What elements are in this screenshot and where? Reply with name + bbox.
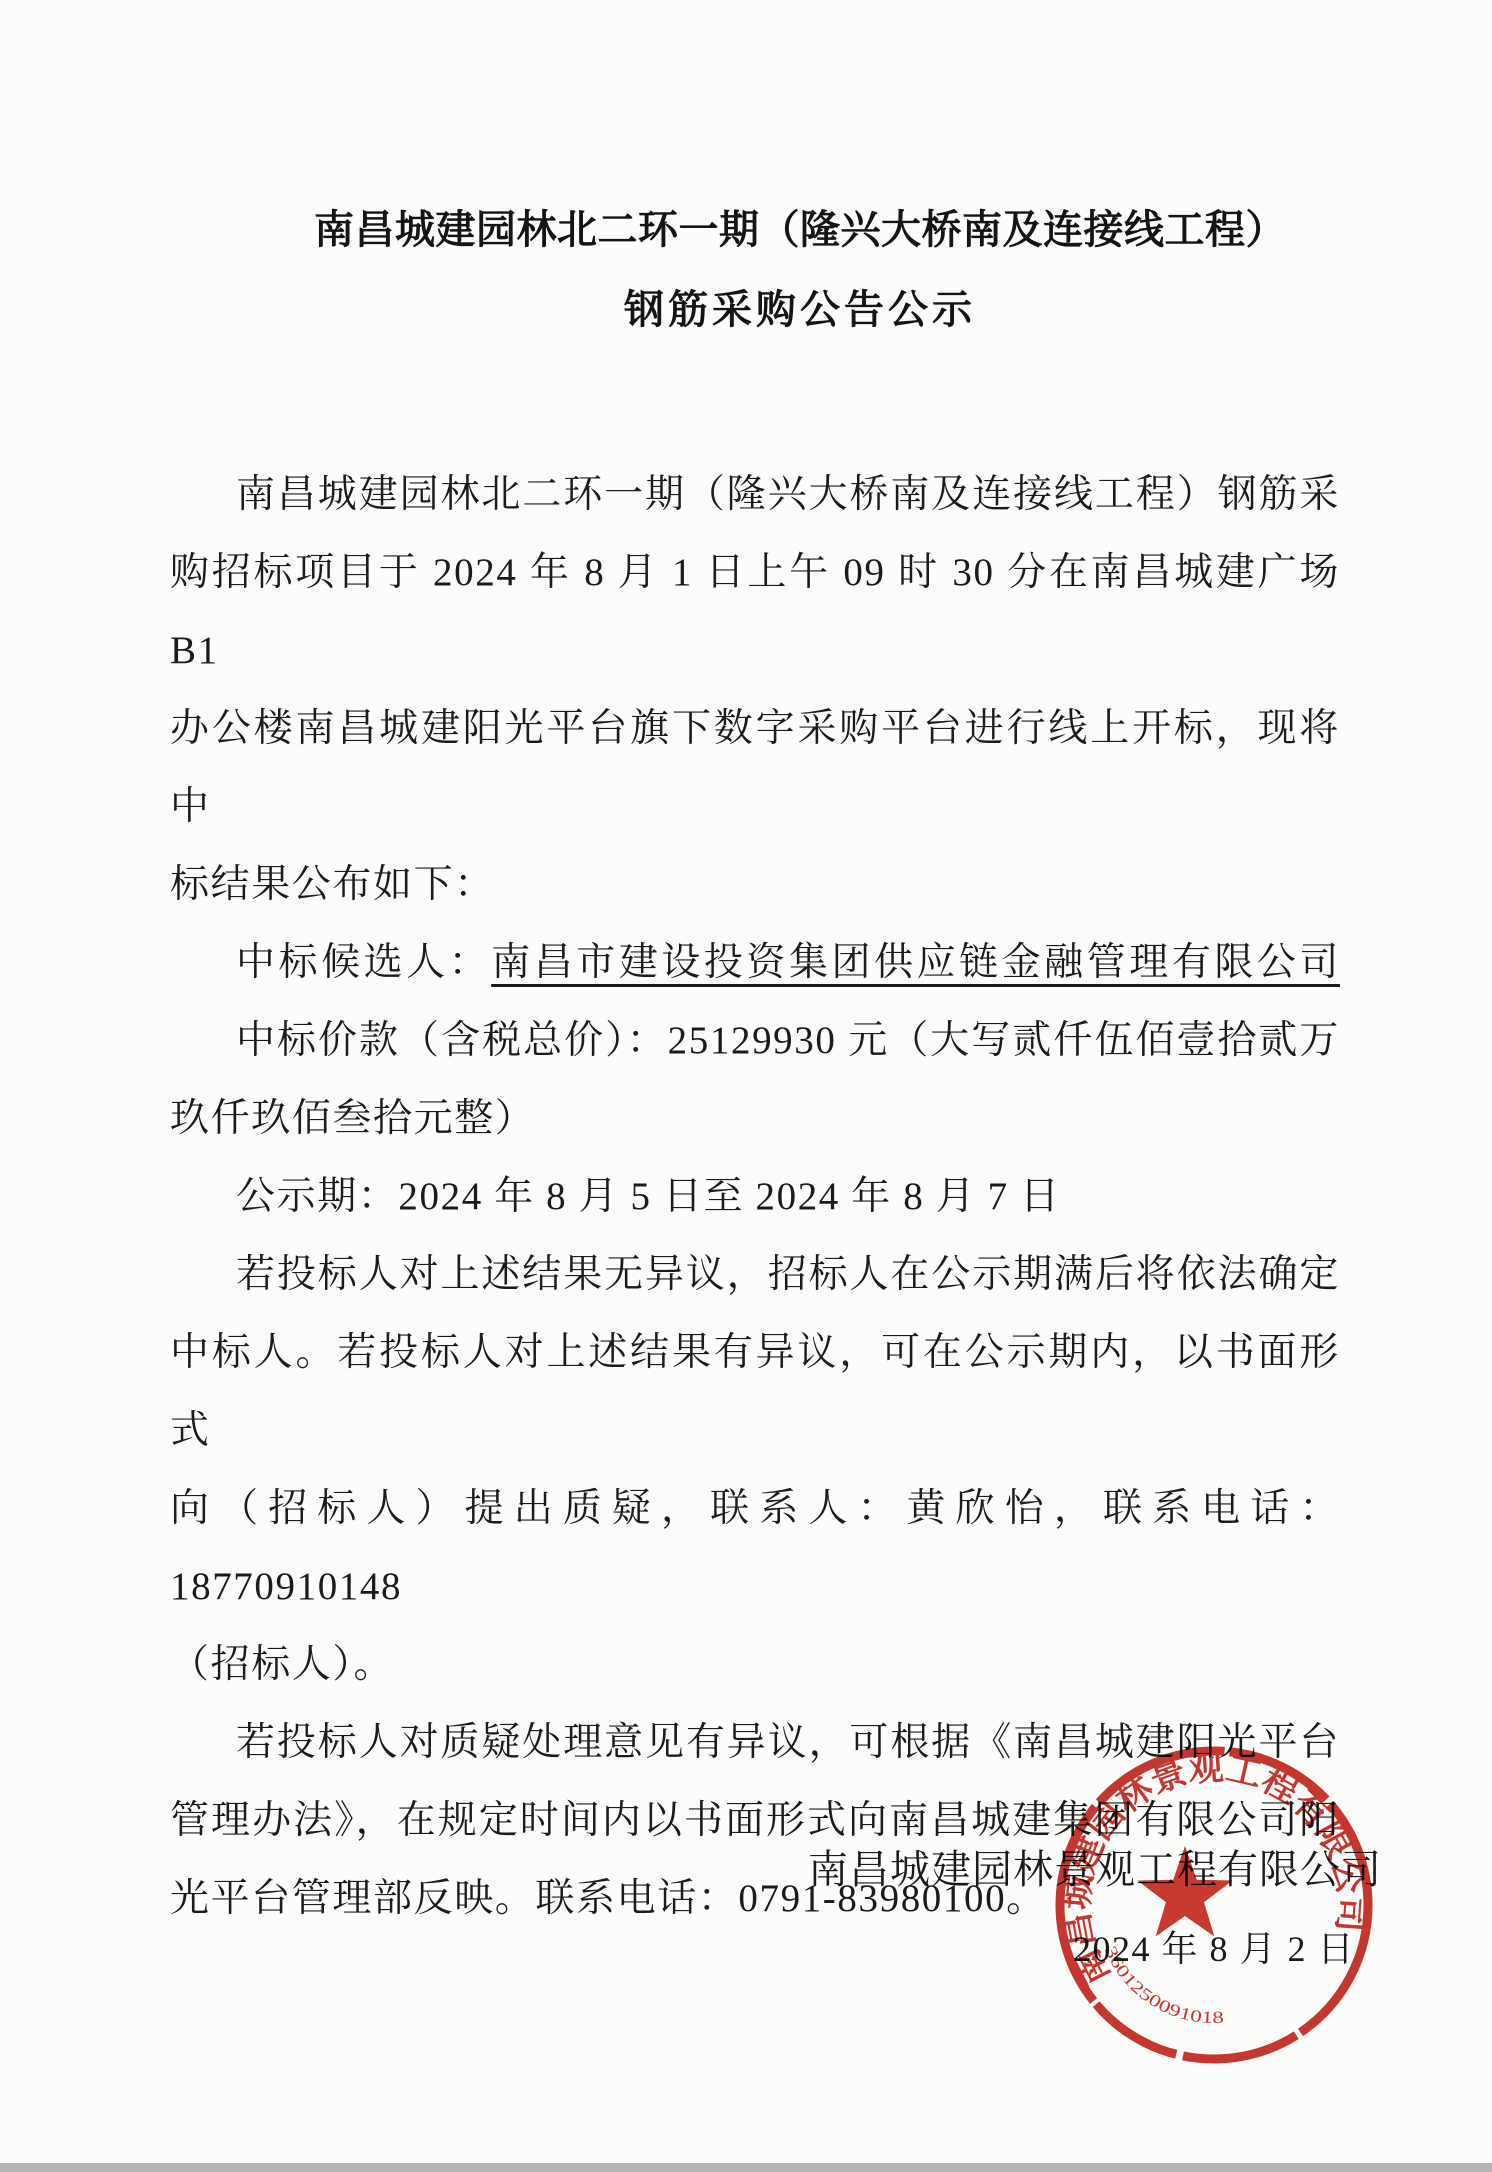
- body-line-7: 玖仟玖佰叁拾元整）: [170, 1080, 1340, 1158]
- body-line-11: 向（招标人）提出质疑，联系人：黄欣怡，联系电话：18770910148: [170, 1470, 1340, 1626]
- body-line-3: 办公楼南昌城建阳光平台旗下数字采购平台进行线上开标，现将中: [170, 690, 1340, 846]
- document-page: 南昌城建园林北二环一期（隆兴大桥南及连接线工程） 钢筋采购公告公示 南昌城建园林…: [0, 0, 1492, 2172]
- body-line-10: 中标人。若投标人对上述结果有异议，可在公示期内，以书面形式: [170, 1314, 1340, 1470]
- body-line-9: 若投标人对上述结果无异议，招标人在公示期满后将依法确定: [170, 1236, 1340, 1314]
- body-line-4: 标结果公布如下：: [170, 846, 1340, 924]
- body-line-12: （招标人）。: [170, 1626, 1340, 1704]
- winning-bidder-name: 南昌市建设投资集团供应链金融管理有限公司: [491, 941, 1340, 984]
- svg-text:3601250091018: 3601250091018: [1101, 1943, 1225, 2027]
- scan-edge-strip: [0, 2163, 1492, 2172]
- seal-serial-number: 3601250091018: [1101, 1943, 1225, 2027]
- body-line-5: 中标候选人：南昌市建设投资集团供应链金融管理有限公司: [170, 924, 1340, 1002]
- body-line-1: 南昌城建园林北二环一期（隆兴大桥南及连接线工程）钢筋采: [170, 456, 1340, 534]
- body-line-6: 中标价款（含税总价）：25129930 元（大写贰仟伍佰壹拾贰万: [170, 1002, 1340, 1080]
- document-title-line2: 钢筋采购公告公示: [54, 278, 1492, 335]
- winning-bidder-label: 中标候选人：: [236, 941, 491, 984]
- document-title-line1: 南昌城建园林北二环一期（隆兴大桥南及连接线工程）: [54, 198, 1492, 255]
- company-seal: 南昌城建园林景观工程有限公司 3601250091018: [1024, 1715, 1404, 2095]
- body-line-2: 购招标项目于 2024 年 8 月 1 日上午 09 时 30 分在南昌城建广场…: [170, 534, 1340, 690]
- body-line-8: 公示期：2024 年 8 月 5 日至 2024 年 8 月 7 日: [170, 1158, 1340, 1236]
- seal-star-icon: [1137, 1846, 1232, 1937]
